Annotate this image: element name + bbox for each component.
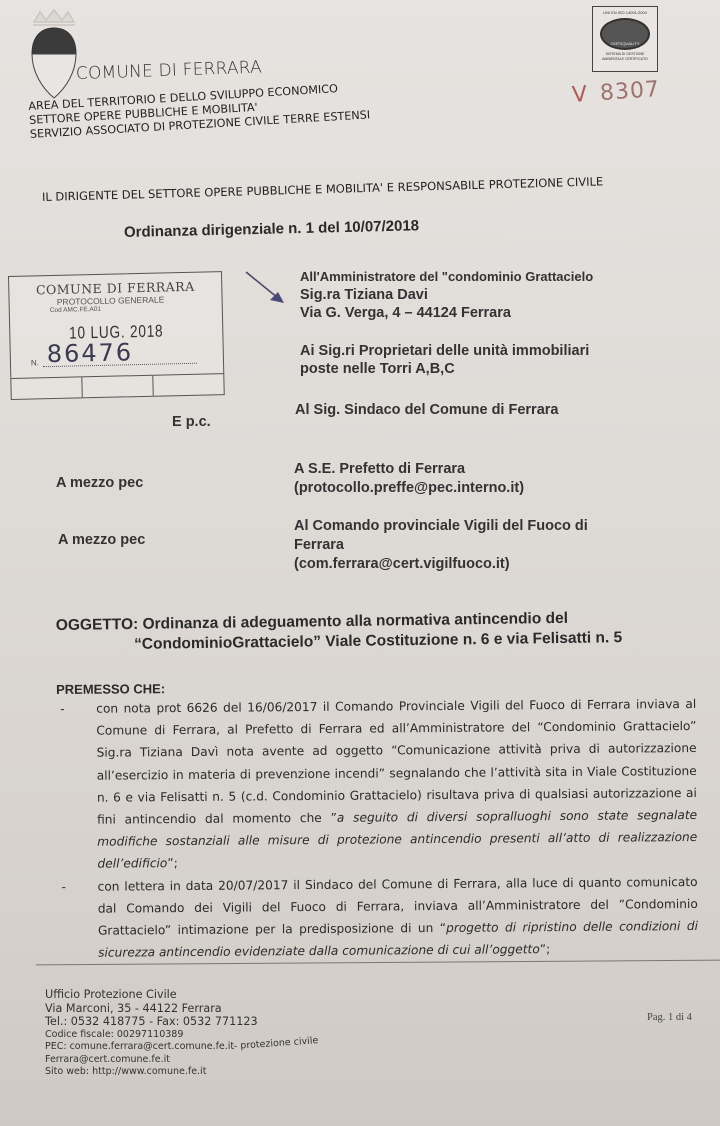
stamp-number-label: N. [31,358,39,367]
page-number: Pag. 1 di 4 [647,1012,692,1023]
certification-caption: SISTEMA DI GESTIONE AMBIENTALE CERTIFICA… [593,52,657,62]
certification-badge: UNI EN ISO 14001:2004 CERTIQUALITY SISTE… [592,6,658,72]
footer-contacts: Ufficio Protezione Civile Via Marconi, 3… [45,988,319,1079]
pec-label: A mezzo pec [58,532,145,548]
recipient-owners: Ai Sig.ri Proprietari delle unità immobi… [300,342,589,378]
website-link[interactable]: Sito web: http://www.comune.fe.it [45,1066,319,1079]
handwritten-reference: V8307 [571,77,661,108]
recipient-mayor: Al Sig. Sindaco del Comune di Ferrara [295,401,558,419]
email-link[interactable]: (protocollo.preffe@pec.interno.it) [294,479,524,498]
arrow-icon [244,270,288,306]
protocol-stamp: COMUNE DI FERRARA PROTOCOLLO GENERALE Co… [8,271,225,400]
ferrara-coat-of-arms-icon [28,8,80,100]
recipient-fire-brigade: Al Comando provinciale Vigili del Fuoco … [294,517,588,574]
institution-name: COMUNE DI FERRARA [76,58,263,84]
issuer-line: IL DIRIGENTE DEL SETTORE OPERE PUBBLICHE… [42,174,604,204]
pec-email-link[interactable]: Ferrara@cert.comune.fe.it [45,1054,319,1067]
email-link[interactable]: (com.ferrara@cert.vigilfuoco.it) [294,555,588,574]
certification-logo-icon: CERTIQUALITY [600,18,650,50]
ordinance-title: Ordinanza dirigenziale n. 1 del 10/07/20… [124,217,419,241]
list-item: - con nota prot 6626 del 16/06/2017 il C… [56,693,697,876]
certification-standard: UNI EN ISO 14001:2004 [593,10,657,15]
cc-label: E p.c. [172,414,211,430]
premesso-section: PREMESSO CHE: - con nota prot 6626 del 1… [56,677,698,964]
recipient-administrator: All'Amministratore del "condominio Gratt… [300,268,593,322]
subject: OGGETTO: Ordinanza di adeguamento alla n… [56,608,623,656]
list-item: - con lettera in data 20/07/2017 il Sind… [58,871,699,965]
stamp-date: 10 LUG. 2018 [31,321,201,345]
recipient-prefect: A S.E. Prefetto di Ferrara (protocollo.p… [294,460,524,498]
pec-label: A mezzo pec [56,475,143,491]
stamp-grid [11,373,223,399]
pec-email-link[interactable]: PEC: comune.ferrara@cert.comune.fe.it [45,1041,234,1052]
